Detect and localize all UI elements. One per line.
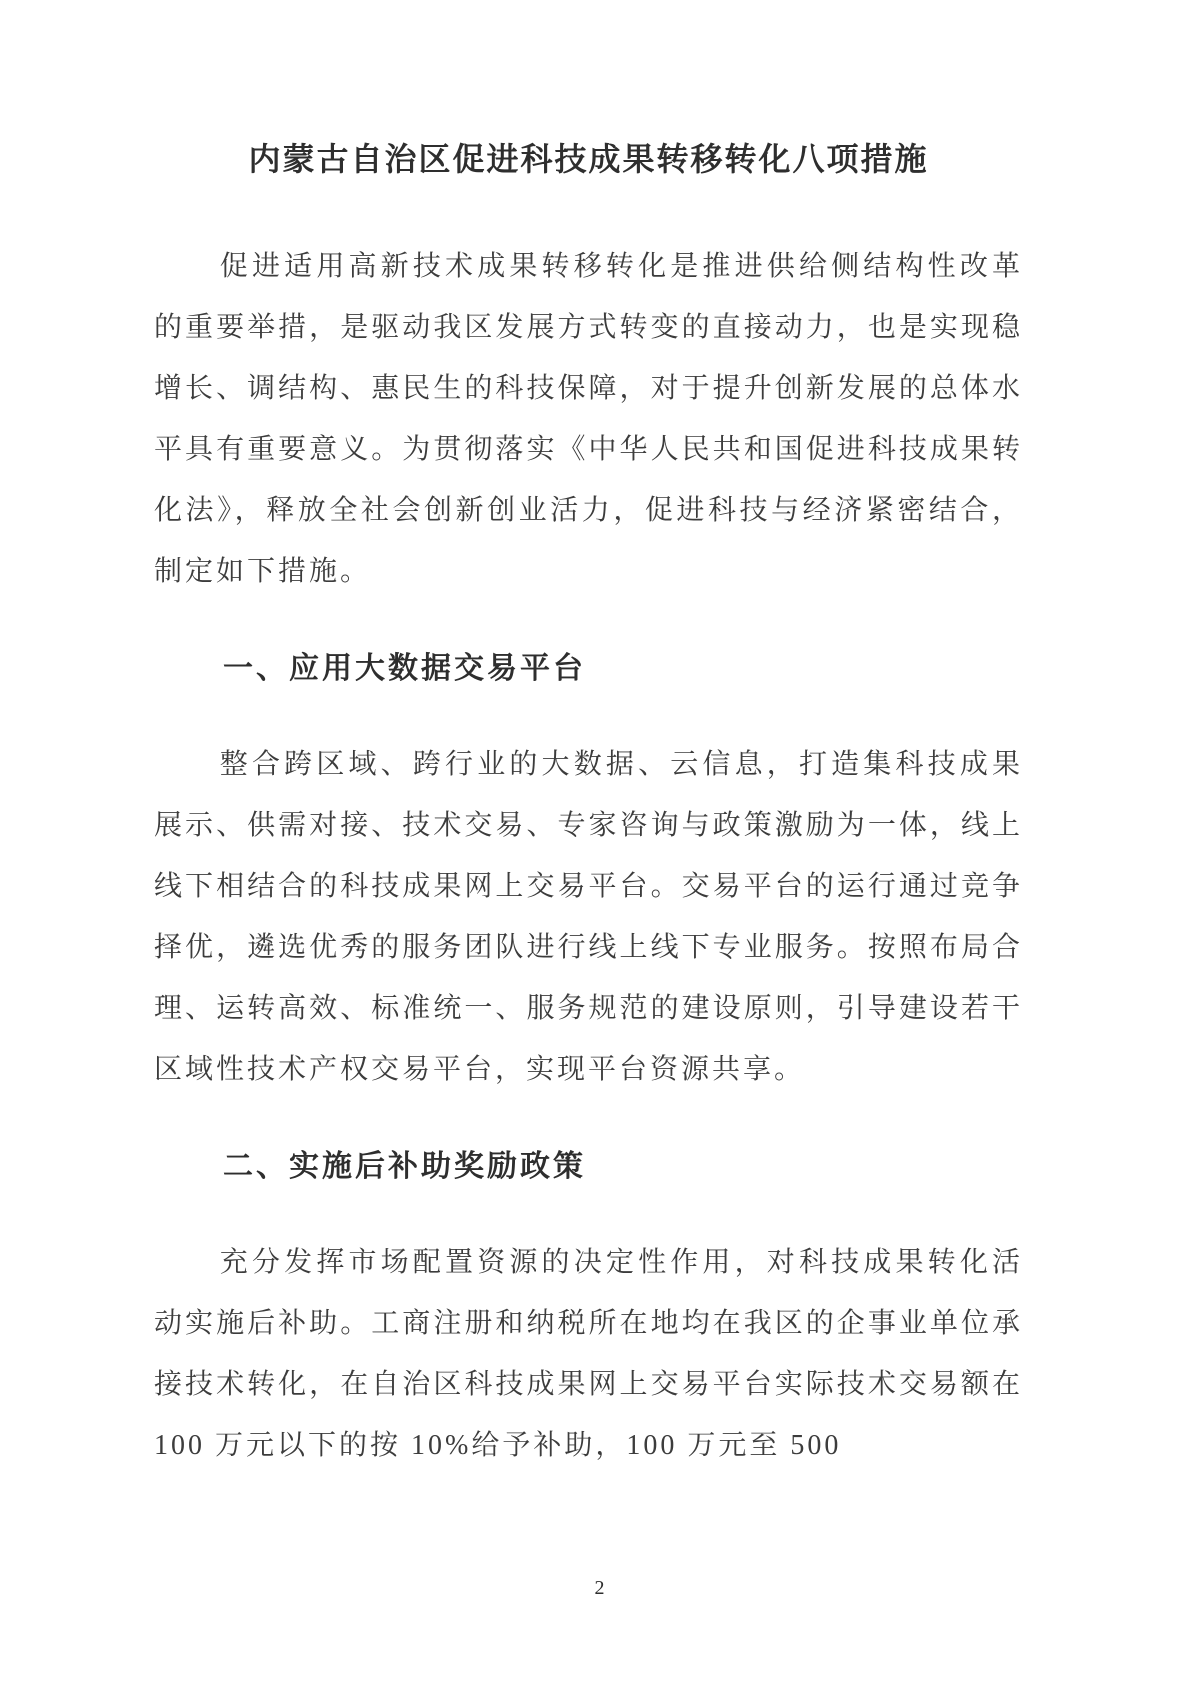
document-title: 内蒙古自治区促进科技成果转移转化八项措施 — [154, 136, 1023, 182]
section-heading-1: 一、应用大数据交易平台 — [154, 638, 1023, 699]
intro-paragraph: 促进适用高新技术成果转移转化是推进供给侧结构性改革的重要举措，是驱动我区发展方式… — [154, 236, 1023, 602]
section-body-1: 整合跨区域、跨行业的大数据、云信息，打造集科技成果展示、供需对接、技术交易、专家… — [154, 734, 1023, 1100]
page-number: 2 — [0, 1576, 1199, 1600]
section-body-2: 充分发挥市场配置资源的决定性作用，对科技成果转化活动实施后补助。工商注册和纳税所… — [154, 1232, 1023, 1476]
document-page: 内蒙古自治区促进科技成果转移转化八项措施 促进适用高新技术成果转移转化是推进供给… — [0, 0, 1199, 1696]
section-heading-2: 二、实施后补助奖励政策 — [154, 1136, 1023, 1197]
